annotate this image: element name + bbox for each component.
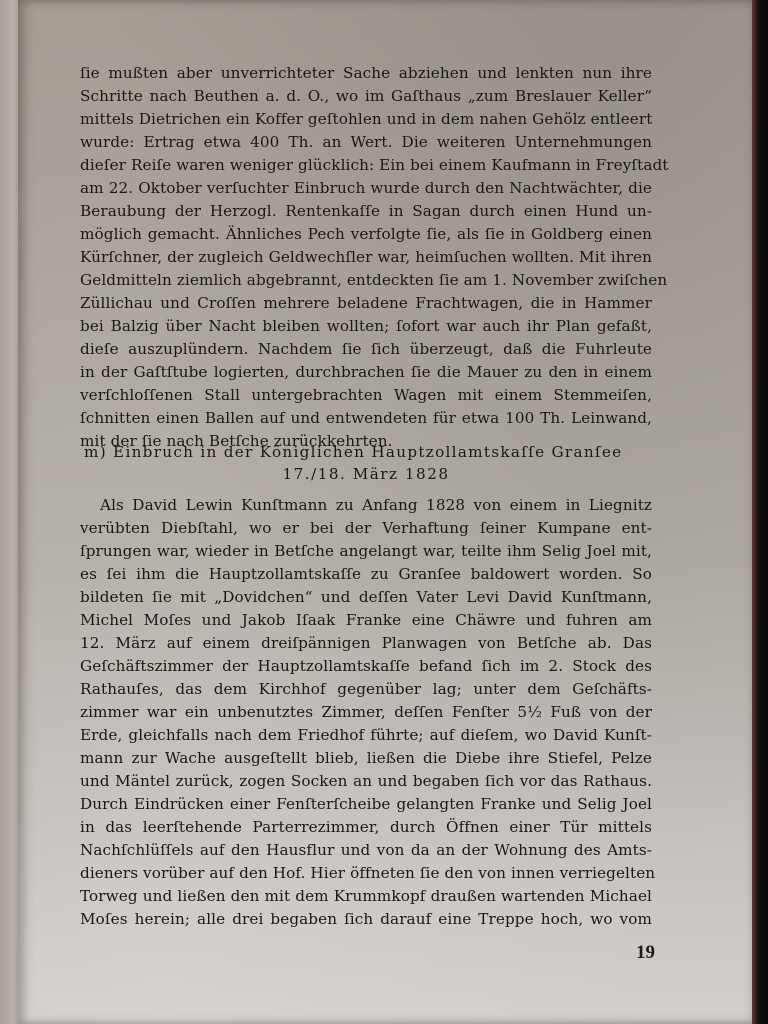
page-number: 19 — [636, 942, 655, 964]
text-line: Als David Lewin Kunſtmann zu Anfang 1828… — [100, 494, 652, 516]
text-line: in das leerſtehende Parterrezimmer, durc… — [80, 816, 652, 838]
text-line: mann zur Wache ausgeſtellt blieb, ließen… — [80, 747, 652, 769]
text-line: es ſei ihm die Hauptzollamtskaſſe zu Gra… — [80, 563, 652, 585]
text-line: Geldmitteln ziemlich abgebrannt, entdeck… — [80, 269, 652, 291]
text-line: Beraubung der Herzogl. Rentenkaſſe in Sa… — [80, 200, 652, 222]
text-line: zimmer war ein unbenutztes Zimmer, deſſe… — [80, 701, 652, 723]
text-line: Moſes herein; alle drei begaben ſich dar… — [80, 908, 652, 930]
text-line: ſie mußten aber unverrichteter Sache abz… — [80, 62, 652, 84]
text-line: bildeten ſie mit „Dovidchen“ und deſſen … — [80, 586, 652, 608]
section-date: 17./18. März 1828 — [80, 463, 652, 485]
section-title: m) Einbruch in der Königlichen Hauptzoll… — [84, 441, 656, 463]
text-line: Nachſchlüſſels auf den Hausflur und von … — [80, 839, 652, 861]
text-line: möglich gemacht. Ähnliches Pech verfolgt… — [80, 223, 652, 245]
text-line: Erde, gleichfalls nach dem Friedhof führ… — [80, 724, 652, 746]
text-line: verſchloſſenen Stall untergebrachten Wag… — [80, 384, 652, 406]
text-line: Torweg und ließen den mit dem Krummkopf … — [80, 885, 652, 907]
text-line: ſchnitten einen Ballen auf und entwendet… — [80, 407, 652, 429]
text-line: Züllichau und Croſſen mehrere beladene F… — [80, 292, 652, 314]
text-line: Kürſchner, der zugleich Geldwechſler war… — [80, 246, 652, 268]
text-line: Michel Moſes und Jakob Iſaak Franke eine… — [80, 609, 652, 631]
book-page-photo: ſie mußten aber unverrichteter Sache abz… — [0, 0, 768, 1024]
text-line: ſprungen war, wieder in Betſche angelang… — [80, 540, 652, 562]
page-edge-shadow — [752, 0, 768, 1024]
text-line: verübten Diebſtahl, wo er bei der Verhaf… — [80, 517, 652, 539]
text-line: in der Gaſtſtube logierten, durchbrachen… — [80, 361, 652, 383]
text-line: dieſer Reiſe waren weniger glücklich: Ei… — [80, 154, 652, 176]
text-line: bei Balzig über Nacht bleiben wollten; ſ… — [80, 315, 652, 337]
text-line: dieſe auszuplündern. Nachdem ſie ſich üb… — [80, 338, 652, 360]
text-line: Schritte nach Beuthen a. d. O., wo im Ga… — [80, 85, 652, 107]
text-line: mittels Dietrichen ein Koffer geſtohlen … — [80, 108, 652, 130]
text-line: Geſchäftszimmer der Hauptzollamtskaſſe b… — [80, 655, 652, 677]
text-line: und Mäntel zurück, zogen Socken an und b… — [80, 770, 652, 792]
text-line: Durch Eindrücken einer Fenſterſcheibe ge… — [80, 793, 652, 815]
text-line: dieners vorüber auf den Hof. Hier öffnet… — [80, 862, 652, 884]
text-line: wurde: Ertrag etwa 400 Th. an Wert. Die … — [80, 131, 652, 153]
text-line: Rathauſes, das dem Kirchhof gegenüber la… — [80, 678, 652, 700]
text-line: am 22. Oktober verſuchter Einbruch wurde… — [80, 177, 652, 199]
text-line: 12. März auf einem dreiſpännigen Planwag… — [80, 632, 652, 654]
